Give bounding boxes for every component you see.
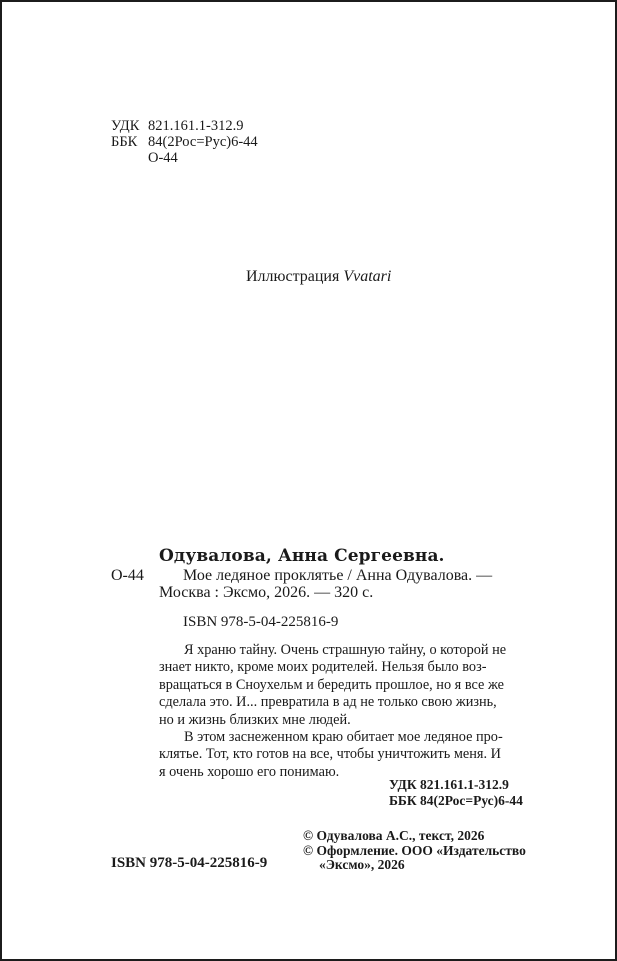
bbk-bottom: ББК 84(2Рос=Рус)6-44 [389, 793, 523, 809]
copyright-block: © Одувалова А.С., текст, 2026 © Оформлен… [303, 829, 526, 873]
annotation: Я храню тайну. Очень страшную тайну, о к… [159, 642, 547, 781]
annotation-line: В этом заснеженном краю обитает мое ледя… [159, 729, 547, 746]
illustrator-name: Vvatari [343, 268, 391, 285]
bbk-row: ББК 84(2Рос=Рус)6-44 [111, 134, 258, 150]
illustration-credit: Иллюстрация Vvatari [246, 268, 391, 286]
annotation-line: Я храню тайну. Очень страшную тайну, о к… [159, 642, 547, 659]
author-mark-row: О-44 [111, 150, 258, 166]
udk-bottom: УДК 821.161.1-312.9 [389, 777, 523, 793]
copyright-design-cont: «Эксмо», 2026 [303, 858, 526, 873]
imprint-page: УДК 821.161.1-312.9 ББК 84(2Рос=Рус)6-44… [0, 0, 617, 961]
author-mark: О-44 [148, 150, 178, 166]
bibliographic-author: Одувалова, Анна Сергеевна. [159, 546, 445, 566]
udk-row: УДК 821.161.1-312.9 [111, 118, 258, 134]
bottom-isbn: ISBN 978-5-04-225816-9 [111, 855, 267, 872]
annotation-line: клятье. Тот, кто готов на все, чтобы уни… [159, 746, 547, 763]
bibliographic-publication-line: Москва : Эксмо, 2026. — 320 с. [159, 584, 373, 602]
classification-block-bottom: УДК 821.161.1-312.9 ББК 84(2Рос=Рус)6-44 [389, 777, 523, 809]
bibliographic-isbn: ISBN 978-5-04-225816-9 [183, 614, 338, 631]
classification-block-top: УДК 821.161.1-312.9 ББК 84(2Рос=Рус)6-44… [111, 118, 258, 166]
bibliographic-title-line: Мое ледяное проклятье / Анна Одувалова. … [183, 567, 492, 585]
udk-value: 821.161.1-312.9 [148, 118, 243, 134]
annotation-line: но и жизнь близких мне людей. [159, 712, 547, 729]
annotation-line: сделала это. И... превратила в ад не тол… [159, 694, 547, 711]
copyright-design: © Оформление. ООО «Издательство [303, 844, 526, 859]
annotation-line: вращаться в Сноухельм и бередить прошлое… [159, 677, 547, 694]
bibliographic-author-mark: О-44 [111, 567, 144, 585]
illustration-prefix: Иллюстрация [246, 268, 339, 285]
bbk-value: 84(2Рос=Рус)6-44 [148, 134, 258, 150]
copyright-text: © Одувалова А.С., текст, 2026 [303, 829, 526, 844]
annotation-line: знает никто, кроме моих родителей. Нельз… [159, 659, 547, 676]
udk-label: УДК [111, 118, 148, 134]
bbk-label: ББК [111, 134, 148, 150]
